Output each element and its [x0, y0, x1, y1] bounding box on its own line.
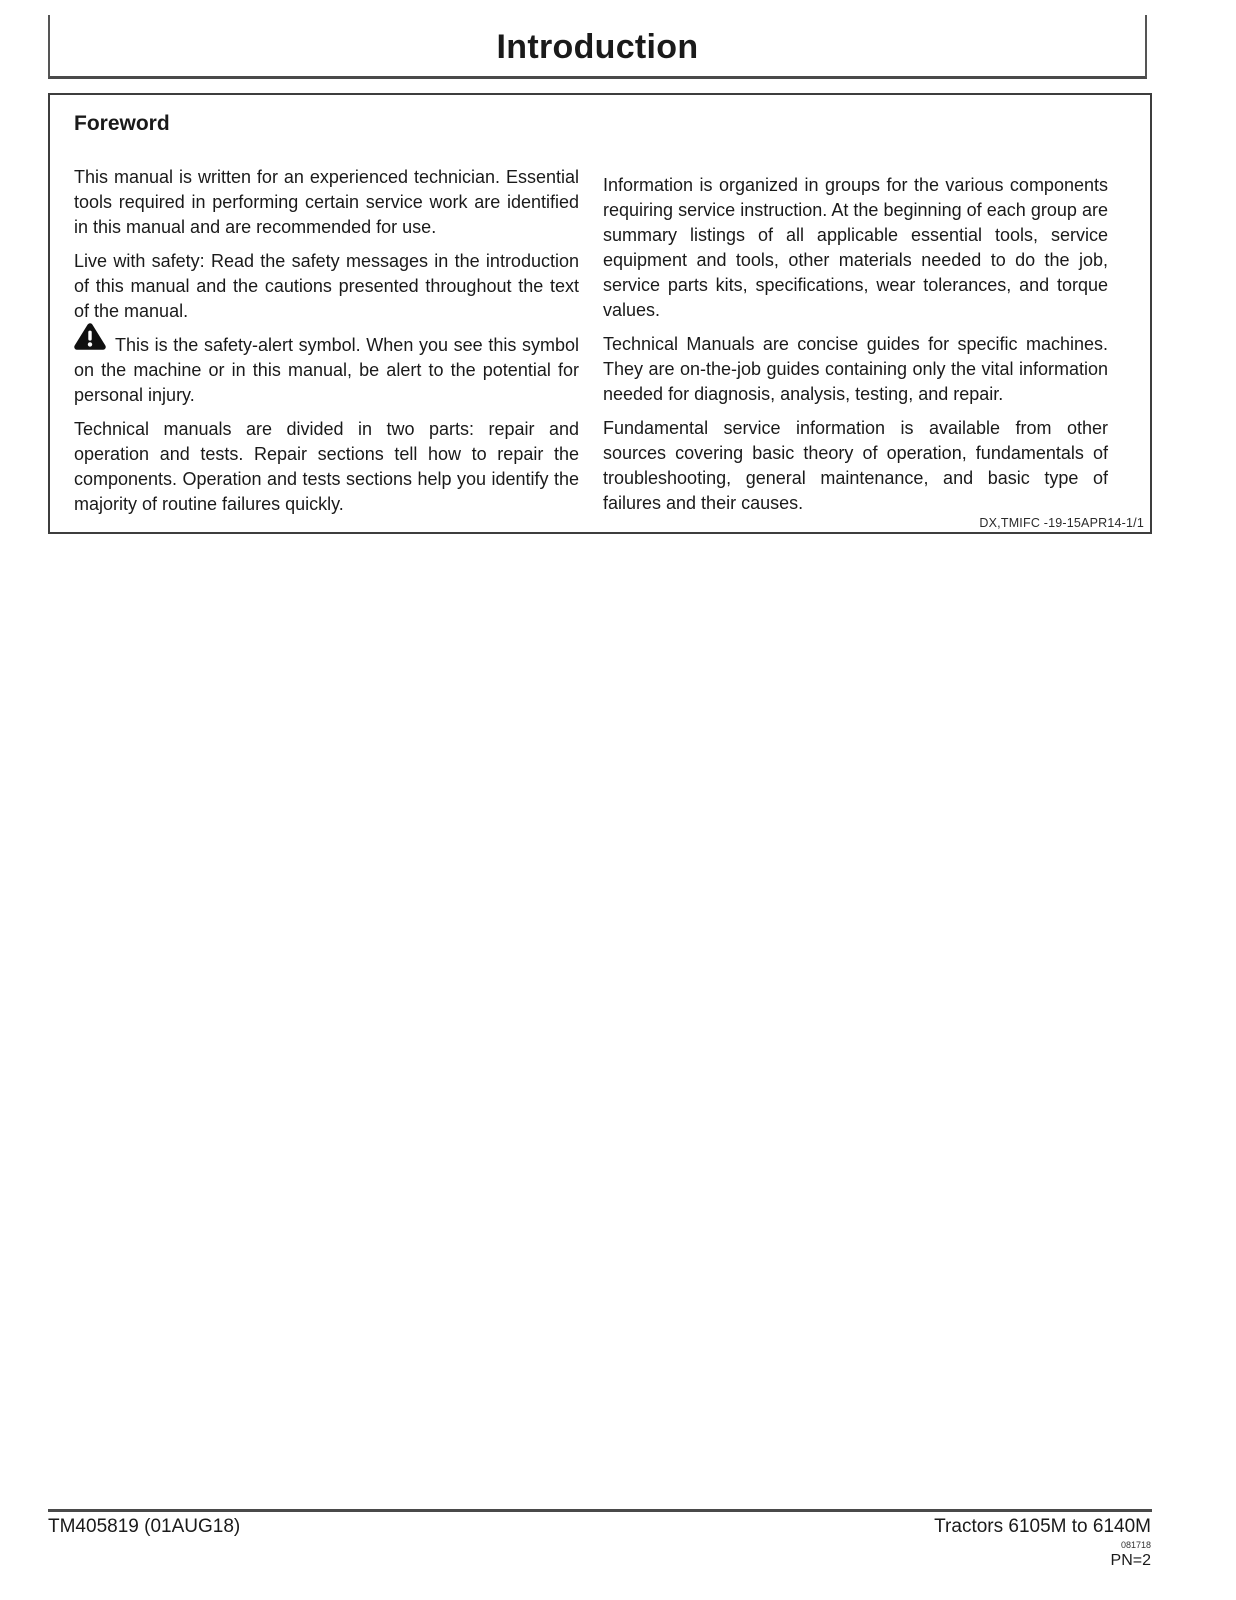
section-heading: Foreword: [74, 112, 1108, 136]
page-title: Introduction: [497, 24, 699, 67]
body-paragraph: Technical manuals are divided in two par…: [74, 417, 579, 517]
safety-alert-icon: [74, 322, 106, 350]
left-column: This manual is written for an experience…: [74, 165, 579, 526]
print-code: 081718: [1121, 1540, 1151, 1550]
footer-divider: [48, 1509, 1152, 1512]
page-number: PN=2: [1111, 1552, 1151, 1570]
body-paragraph: This manual is written for an experience…: [74, 165, 579, 240]
body-paragraph: Live with safety: Read the safety messag…: [74, 249, 579, 324]
reference-code: DX,TMIFC -19-15APR14-1/1: [979, 516, 1144, 530]
body-paragraph: Information is organized in groups for t…: [603, 173, 1108, 323]
footer-right-block: Tractors 6105M to 6140M 081718 PN=2: [934, 1516, 1151, 1570]
foreword-columns: This manual is written for an experience…: [74, 165, 1108, 526]
safety-alert-text: This is the safety-alert symbol. When yo…: [74, 335, 579, 405]
manual-number: TM405819 (01AUG18): [48, 1516, 240, 1538]
page-title-box: Introduction: [48, 15, 1147, 79]
safety-alert-paragraph: This is the safety-alert symbol. When yo…: [74, 333, 579, 408]
model-range: Tractors 6105M to 6140M: [934, 1516, 1151, 1538]
body-paragraph: Fundamental service information is avail…: [603, 416, 1108, 516]
body-paragraph: Technical Manuals are concise guides for…: [603, 332, 1108, 407]
right-column: Information is organized in groups for t…: [603, 165, 1108, 526]
foreword-section: Foreword This manual is written for an e…: [48, 93, 1152, 534]
